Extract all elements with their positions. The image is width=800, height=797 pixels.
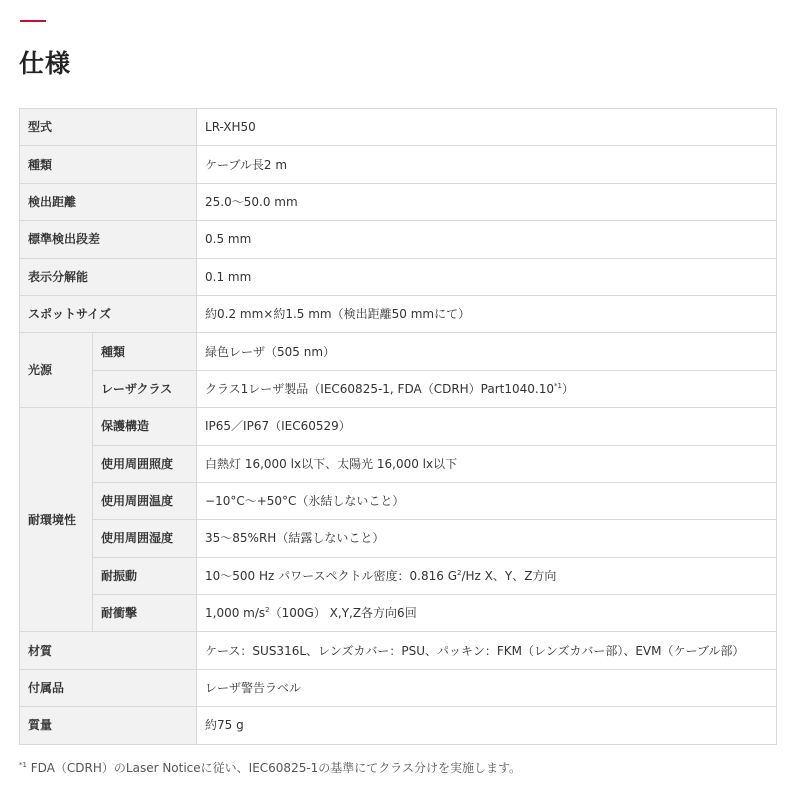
row-value: 35～85%RH（結露しないこと） bbox=[197, 520, 777, 557]
table-row: 材質 ケース：SUS316L、レンズカバー：PSU、パッキン：FKM（レンズカバ… bbox=[20, 632, 777, 669]
row-value: 約75 g bbox=[197, 707, 777, 744]
row-label: 保護構造 bbox=[93, 408, 197, 445]
row-value: 0.1 mm bbox=[197, 258, 777, 295]
row-value: 約0.2 mm×約1.5 mm（検出距離50 mmにて） bbox=[197, 295, 777, 332]
value-text-end: ） bbox=[562, 382, 574, 396]
table-row: 耐環境性 保護構造 IP65／IP67（IEC60529） bbox=[20, 408, 777, 445]
table-row: スポットサイズ 約0.2 mm×約1.5 mm（検出距離50 mmにて） bbox=[20, 295, 777, 332]
table-row: 付属品 レーザ警告ラベル bbox=[20, 669, 777, 706]
row-label: 種類 bbox=[20, 146, 197, 183]
row-label: 耐衝撃 bbox=[93, 595, 197, 632]
table-row: 標準検出段差 0.5 mm bbox=[20, 221, 777, 258]
row-value: レーザ警告ラベル bbox=[197, 669, 777, 706]
spec-table: 型式 LR-XH50 種類 ケーブル長2 m 検出距離 25.0～50.0 mm… bbox=[19, 108, 777, 745]
table-row: 表示分解能 0.1 mm bbox=[20, 258, 777, 295]
footnote-ref: *1 bbox=[554, 382, 562, 390]
table-row: 耐振動 10～500 Hz パワースペクトル密度：0.816 G2/Hz X、Y… bbox=[20, 557, 777, 594]
table-row: 使用周囲湿度 35～85%RH（結露しないこと） bbox=[20, 520, 777, 557]
row-label: 種類 bbox=[93, 333, 197, 370]
row-label: スポットサイズ bbox=[20, 295, 197, 332]
table-row: 質量 約75 g bbox=[20, 707, 777, 744]
row-label: 使用周囲照度 bbox=[93, 445, 197, 482]
row-label: 検出距離 bbox=[20, 183, 197, 220]
table-row: 使用周囲温度 −10°C～+50°C（氷結しないこと） bbox=[20, 482, 777, 519]
row-value: クラス1レーザ製品（IEC60825-1, FDA（CDRH）Part1040.… bbox=[197, 370, 777, 407]
table-row: 光源 種類 緑色レーザ（505 nm） bbox=[20, 333, 777, 370]
title-accent-line bbox=[20, 20, 46, 22]
page-title: 仕様 bbox=[19, 44, 71, 80]
group-label-environment: 耐環境性 bbox=[20, 408, 93, 632]
value-text: 10～500 Hz パワースペクトル密度：0.816 G bbox=[205, 569, 457, 583]
table-row: 種類 ケーブル長2 m bbox=[20, 146, 777, 183]
row-value: −10°C～+50°C（氷結しないこと） bbox=[197, 482, 777, 519]
row-label: 耐振動 bbox=[93, 557, 197, 594]
footnote-mark: *1 bbox=[19, 761, 27, 769]
table-row: 使用周囲照度 白熱灯 16,000 lx以下、太陽光 16,000 lx以下 bbox=[20, 445, 777, 482]
row-value: ケース：SUS316L、レンズカバー：PSU、パッキン：FKM（レンズカバー部）… bbox=[197, 632, 777, 669]
row-label: 型式 bbox=[20, 109, 197, 146]
table-row: レーザクラス クラス1レーザ製品（IEC60825-1, FDA（CDRH）Pa… bbox=[20, 370, 777, 407]
footnote-text: FDA（CDRH）のLaser Noticeに従い、IEC60825-1の基準に… bbox=[27, 761, 521, 775]
row-label: レーザクラス bbox=[93, 370, 197, 407]
row-value: 25.0～50.0 mm bbox=[197, 183, 777, 220]
row-label: 使用周囲温度 bbox=[93, 482, 197, 519]
value-text-end: /Hz X、Y、Z方向 bbox=[461, 569, 556, 583]
row-value: 白熱灯 16,000 lx以下、太陽光 16,000 lx以下 bbox=[197, 445, 777, 482]
row-value: 0.5 mm bbox=[197, 221, 777, 258]
row-label: 標準検出段差 bbox=[20, 221, 197, 258]
footnote: *1 FDA（CDRH）のLaser Noticeに従い、IEC60825-1の… bbox=[19, 759, 521, 776]
row-value: LR-XH50 bbox=[197, 109, 777, 146]
row-value: 緑色レーザ（505 nm） bbox=[197, 333, 777, 370]
row-label: 付属品 bbox=[20, 669, 197, 706]
row-value: IP65／IP67（IEC60529） bbox=[197, 408, 777, 445]
row-label: 使用周囲湿度 bbox=[93, 520, 197, 557]
row-value: 10～500 Hz パワースペクトル密度：0.816 G2/Hz X、Y、Z方向 bbox=[197, 557, 777, 594]
value-text-end: （100G） X,Y,Z各方向6回 bbox=[270, 606, 417, 620]
value-text: 1,000 m/s bbox=[205, 606, 265, 620]
table-row: 検出距離 25.0～50.0 mm bbox=[20, 183, 777, 220]
row-value: 1,000 m/s2（100G） X,Y,Z各方向6回 bbox=[197, 595, 777, 632]
row-label: 材質 bbox=[20, 632, 197, 669]
table-row: 型式 LR-XH50 bbox=[20, 109, 777, 146]
table-row: 耐衝撃 1,000 m/s2（100G） X,Y,Z各方向6回 bbox=[20, 595, 777, 632]
row-label: 表示分解能 bbox=[20, 258, 197, 295]
value-text: クラス1レーザ製品（IEC60825-1, FDA（CDRH）Part1040.… bbox=[205, 382, 554, 396]
row-value: ケーブル長2 m bbox=[197, 146, 777, 183]
group-label-light-source: 光源 bbox=[20, 333, 93, 408]
row-label: 質量 bbox=[20, 707, 197, 744]
